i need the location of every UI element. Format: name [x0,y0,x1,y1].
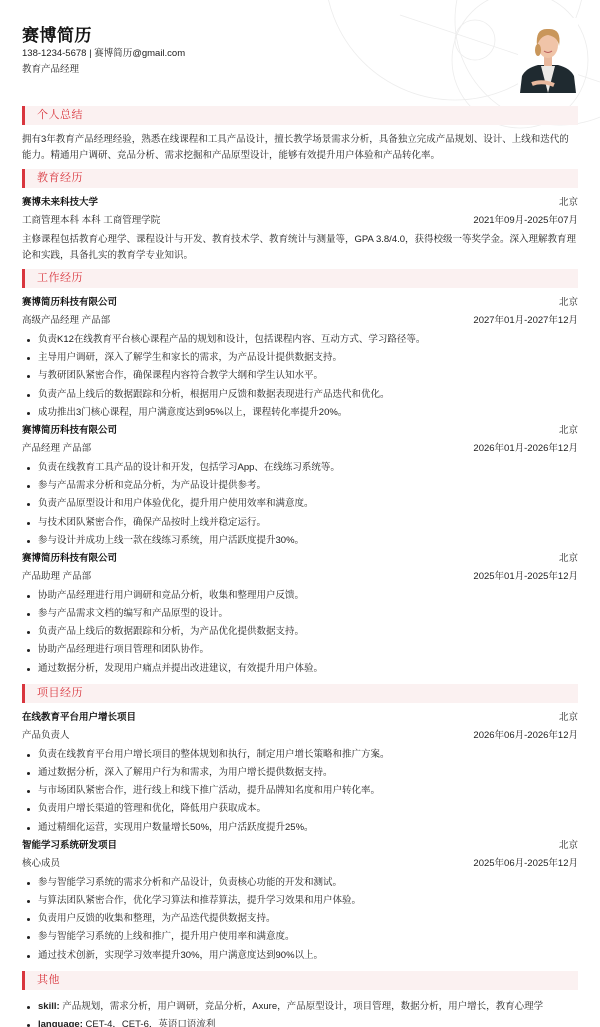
role: 高级产品经理 产品部 [22,314,110,328]
location: 北京 [559,552,578,566]
list-item: 参与智能学习系统的上线和推广，提升用户使用率和满意度。 [22,928,578,946]
section-header-other: 其他 [22,971,578,990]
degree: 工商管理本科 本科 工商管理学院 [22,214,160,228]
project-name: 在线教育平台用户增长项目 [22,711,136,725]
section-accent-bar [22,169,25,188]
list-item: 负责在线教育工具产品的设计和开发，包括学习App、在线练习系统等。 [22,459,578,477]
list-item: 协助产品经理进行项目管理和团队协作。 [22,641,578,659]
period: 2026年01月-2026年12月 [473,442,578,456]
list-item: 参与产品需求文档的编写和产品原型的设计。 [22,605,578,623]
list-item: 负责产品上线后的数据跟踪和分析，根据用户反馈和数据表现进行产品迭代和优化。 [22,386,578,404]
section-accent-bar [22,684,25,703]
list-item: 协助产品经理进行用户调研和竞品分析，收集和整理用户反馈。 [22,587,578,605]
section-title: 项目经历 [37,685,83,702]
role: 核心成员 [22,857,60,871]
project-name: 智能学习系统研发项目 [22,839,117,853]
candidate-name: 赛博简历 [22,23,92,49]
list-item: 负责产品原型设计和用户体验优化，提升用户使用效率和满意度。 [22,495,578,513]
bullet-list: 负责K12在线教育平台核心课程产品的规划和设计，包括课程内容、互动方式、学习路径… [22,331,578,422]
education-description: 主修课程包括教育心理学、课程设计与开发、教育技术学、教育统计与测量等，GPA 3… [22,232,578,263]
location: 北京 [559,711,578,725]
list-item: 通过精细化运营，实现用户数量增长50%，用户活跃度提升25%。 [22,819,578,837]
item-label: language: [38,1019,83,1027]
company-name: 赛博简历科技有限公司 [22,296,117,310]
company-name: 赛博简历科技有限公司 [22,552,117,566]
section-accent-bar [22,971,25,990]
resume-header: 赛博简历 138-1234-5678 | 赛博简历@gmail.com 教育产品… [22,0,578,100]
section-accent-bar [22,106,25,125]
list-item: 负责K12在线教育平台核心课程产品的规划和设计，包括课程内容、互动方式、学习路径… [22,331,578,349]
list-item: 成功推出3门核心课程，用户满意度达到95%以上，课程转化率提升20%。 [22,404,578,422]
list-item: 与技术团队紧密合作，确保产品按时上线并稳定运行。 [22,514,578,532]
contact-info: 138-1234-5678 | 赛博简历@gmail.com [22,47,185,61]
role: 产品负责人 [22,729,70,743]
other-list: skill: 产品规划，需求分析，用户调研，竞品分析，Axure，产品原型设计，… [22,998,578,1027]
location: 北京 [559,196,578,210]
list-item: 负责用户增长渠道的管理和优化，降低用户获取成本。 [22,800,578,818]
section-header-summary: 个人总结 [22,106,578,125]
list-item: 参与设计并成功上线一款在线练习系统，用户活跃度提升30%。 [22,532,578,550]
section-header-education: 教育经历 [22,169,578,188]
section-accent-bar [22,269,25,288]
location: 北京 [559,296,578,310]
resume-page: 赛博简历 138-1234-5678 | 赛博简历@gmail.com 教育产品… [0,0,600,1027]
section-title: 其他 [37,972,60,989]
company-name: 赛博简历科技有限公司 [22,424,117,438]
bullet-list: 协助产品经理进行用户调研和竞品分析，收集和整理用户反馈。 参与产品需求文档的编写… [22,587,578,678]
list-item: 与教研团队紧密合作，确保课程内容符合教学大纲和学生认知水平。 [22,367,578,385]
bullet-list: 参与智能学习系统的需求分析和产品设计，负责核心功能的开发和测试。 与算法团队紧密… [22,874,578,965]
item-value: CET-4，CET-6，英语口语流利 [83,1019,216,1027]
summary-text: 拥有3年教育产品经理经验，熟悉在线课程和工具产品设计，擅长教学场景需求分析，具备… [22,132,578,163]
list-item: 负责用户反馈的收集和整理，为产品迭代提供数据支持。 [22,910,578,928]
item-label: skill: [38,1001,60,1012]
work-entry: 赛博简历科技有限公司 北京 高级产品经理 产品部 2027年01月-2027年1… [22,294,578,422]
list-item: 负责产品上线后的数据跟踪和分析，为产品优化提供数据支持。 [22,623,578,641]
list-item: 与市场团队紧密合作，进行线上和线下推广活动，提升品牌知名度和用户转化率。 [22,782,578,800]
role: 产品经理 产品部 [22,442,91,456]
period: 2025年01月-2025年12月 [473,570,578,584]
list-item: 与算法团队紧密合作，优化学习算法和推荐算法，提升学习效果和用户体验。 [22,892,578,910]
period: 2027年01月-2027年12月 [473,314,578,328]
section-header-work: 工作经历 [22,269,578,288]
bullet-list: 负责在线教育工具产品的设计和开发，包括学习App、在线练习系统等。 参与产品需求… [22,459,578,550]
section-header-projects: 项目经历 [22,684,578,703]
skill-item: skill: 产品规划，需求分析，用户调研，竞品分析，Axure，产品原型设计，… [22,998,578,1016]
period: 2026年06月-2026年12月 [473,729,578,743]
bullet-list: 负责在线教育平台用户增长项目的整体规划和执行，制定用户增长策略和推广方案。 通过… [22,746,578,837]
project-entry: 智能学习系统研发项目 北京 核心成员 2025年06月-2025年12月 参与智… [22,837,578,965]
location: 北京 [559,424,578,438]
list-item: 参与智能学习系统的需求分析和产品设计，负责核心功能的开发和测试。 [22,874,578,892]
location: 北京 [559,839,578,853]
section-title: 工作经历 [37,270,83,287]
education-entry: 赛博未来科技大学 北京 工商管理本科 本科 工商管理学院 2021年09月-20… [22,194,578,263]
list-item: 通过技术创新，实现学习效率提升30%，用户满意度达到90%以上。 [22,947,578,965]
period: 2025年06月-2025年12月 [473,857,578,871]
language-item: language: CET-4，CET-6，英语口语流利 [22,1016,578,1027]
period: 2021年09月-2025年07月 [473,214,578,228]
list-item: 通过数据分析，发现用户痛点并提出改进建议，有效提升用户体验。 [22,660,578,678]
role: 产品助理 产品部 [22,570,91,584]
school-name: 赛博未来科技大学 [22,196,98,210]
job-title: 教育产品经理 [22,63,79,77]
item-value: 产品规划，需求分析，用户调研，竞品分析，Axure，产品原型设计，项目管理，数据… [60,1001,543,1012]
list-item: 主导用户调研，深入了解学生和家长的需求，为产品设计提供数据支持。 [22,349,578,367]
list-item: 参与产品需求分析和竞品分析，为产品设计提供参考。 [22,477,578,495]
work-entry: 赛博简历科技有限公司 北京 产品经理 产品部 2026年01月-2026年12月… [22,422,578,550]
work-entry: 赛博简历科技有限公司 北京 产品助理 产品部 2025年01月-2025年12月… [22,550,578,678]
list-item: 通过数据分析，深入了解用户行为和需求，为用户增长提供数据支持。 [22,764,578,782]
section-title: 个人总结 [37,107,83,124]
project-entry: 在线教育平台用户增长项目 北京 产品负责人 2026年06月-2026年12月 … [22,709,578,837]
section-title: 教育经历 [37,170,83,187]
list-item: 负责在线教育平台用户增长项目的整体规划和执行，制定用户增长策略和推广方案。 [22,746,578,764]
profile-photo [518,18,578,93]
